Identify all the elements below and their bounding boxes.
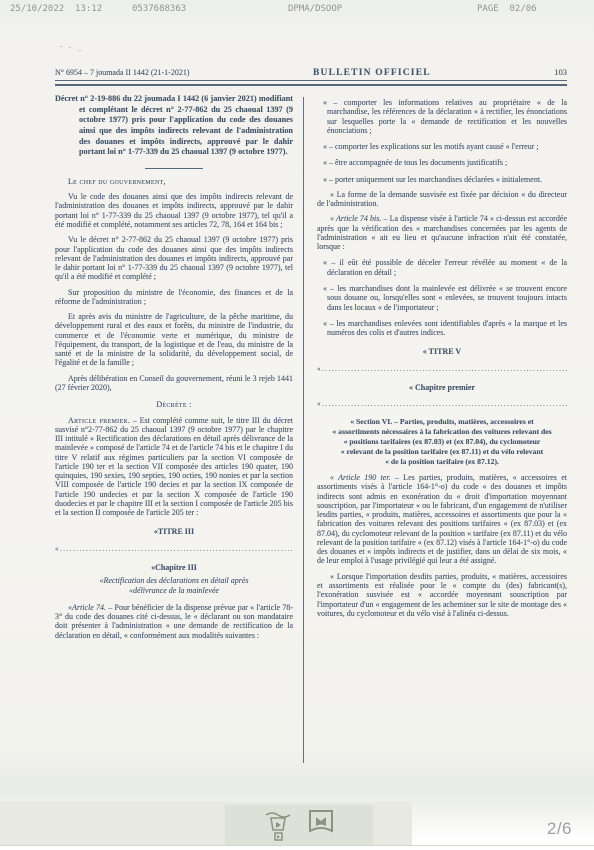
dotted-separator-left: «.......................................… [55,545,293,553]
article-190ter-body: – Les parties, produits, matières, « acc… [317,473,567,565]
article-premier: Article premier. – Est complété comme su… [55,416,293,518]
chapitre-3-subtitle: «Rectification des déclarations en détai… [55,576,293,597]
fax-header: 25/10/2022 13:12 0537688363 DPMA/DSOOP P… [0,4,594,18]
title-separator-rule [145,168,203,169]
article-74-label: «Article 74. [68,603,106,612]
vu-paragraph-2: Vu le décret n° 2-77-862 du 25 chaoual 1… [55,235,293,281]
left-column: Décret n° 2-19-886 du 22 joumada I 1442 … [55,94,293,640]
bottom-edge-line [0,845,594,846]
masthead-rule [55,80,567,86]
seal-stamp-icon [263,809,293,843]
issue-number: N° 6954 – 7 joumada II 1442 (21-1-2021) [55,68,190,77]
decrete-heading: Décrète : [55,400,293,409]
article-74: «Article 74. – Pour bénéficier de la dis… [55,603,293,640]
pencil-marks [58,44,88,54]
dotted-separator-right-1: «.......................................… [317,365,567,373]
bullet-5: « – il eût été possible de déceler l'err… [317,258,567,277]
fax-sender: DPMA/DSOOP [288,4,342,14]
deliberation-paragraph: Après délibération en Conseil du gouvern… [55,374,293,393]
avis-paragraph: Et après avis du ministre de l'agricultu… [55,312,293,368]
decree-title: Décret n° 2-19-886 du 22 joumada I 1442 … [55,94,293,158]
bullet-2: « – comporter les explications sur les m… [317,142,567,151]
titre-5-heading: « TITRE V [317,347,567,356]
article-premier-label: Article premier. [68,416,130,425]
right-column: « – comporter les informations relatives… [317,94,567,618]
demande-forme-paragraph: « La forme de la demande susvisée est fi… [317,190,567,209]
fax-datetime: 25/10/2022 13:12 [10,4,102,14]
bullet-1: « – comporter les informations relatives… [317,98,567,135]
stamp-box [225,805,373,845]
bullet-7: « – les marchandises enlevées sont ident… [317,319,567,338]
article-190ter: « Article 190 ter. – Les parties, produi… [317,473,567,566]
article-74bis-label: « Article 74 bis. [330,214,381,223]
article-premier-body: – Est complété comme suit, le titre III … [55,416,293,518]
emblem-stamp-icon [307,809,335,835]
vu-paragraph-1: Vu le code des douanes ainsi que des imp… [55,192,293,229]
salutation: Le chef du gouvernement, [55,177,293,186]
journal-page-number: 103 [554,67,567,77]
article-74bis: « Article 74 bis. – La dispense visée à … [317,214,567,251]
proposition-paragraph: Sur proposition du ministre de l'économi… [55,288,293,307]
bullet-4: « – porter uniquement sur les marchandis… [317,175,567,184]
journal-title: BULLETIN OFFICIEL [313,68,431,78]
chapitre-premier-heading: « Chapitre premier [317,383,567,392]
bullet-3: « – être accompagnée de tous les documen… [317,158,567,167]
page-indicator: 2/6 [547,819,572,839]
article-190ter-label: « Article 190 ter. [330,473,391,482]
fax-page-label: PAGE 02/06 [477,4,537,14]
chapitre-3-heading: «Chapitre III [55,563,293,572]
section-6-heading: « Section VI. – Parties, produits, matiè… [317,417,567,467]
fax-number: 0537688363 [132,4,186,14]
masthead: N° 6954 – 7 joumada II 1442 (21-1-2021) … [55,67,567,86]
bullet-6: « – les marchandises dont la mainlevée e… [317,284,567,312]
column-divider [303,97,304,763]
importation-paragraph: « Lorsque l'importation desdits parties,… [317,572,567,618]
titre-3-heading: «TITRE III [55,527,293,536]
dotted-separator-right-2: «.......................................… [317,400,567,408]
